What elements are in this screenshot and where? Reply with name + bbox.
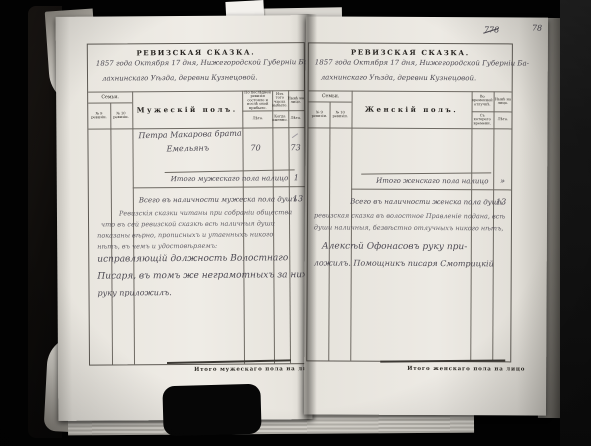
divider xyxy=(165,169,295,173)
col-away-sub: Съ котораго времени. xyxy=(471,111,493,128)
attestation-line: ложилъ. Помощникъ писаря Смотрицкій xyxy=(314,258,494,268)
shadow-strip-right xyxy=(560,0,591,446)
attestation-line: что въ сей ревизской сказкѣ всѣ наличныя… xyxy=(101,219,275,228)
entry-name-line2: Емельянъ xyxy=(166,143,209,153)
right-total-value: 13 xyxy=(496,197,506,206)
left-form: РЕВИЗСКАЯ СКАЗКА. 1857 года Октября 17 д… xyxy=(87,42,307,366)
attestation-line: души наличныя, безвѣстно отлучныхъ никог… xyxy=(314,223,504,232)
left-total-label: Всего въ наличности мужеска пола душъ xyxy=(139,195,297,204)
divider xyxy=(380,360,505,363)
attestation-line: показаны вѣрно, прописныхъ и утаенныхъ н… xyxy=(97,230,273,239)
attestation-line-large: Писаря, въ томъ же неграмотныхъ за нихъ xyxy=(97,270,313,282)
left-date-line1: 1857 года Октября 17 дня, Нижегородской … xyxy=(96,58,310,67)
right-footer-label: Итого женскаго пола на лицо xyxy=(407,366,525,373)
right-date-line2: лахнинскаго Уѣзда, деревни Кузнецовой. xyxy=(321,73,477,82)
divider xyxy=(133,186,305,188)
divider xyxy=(167,359,291,364)
right-subtotal-label: Итого женскаго пола налицо xyxy=(376,177,488,186)
col-departed-sub: Когда именно. xyxy=(272,110,288,127)
col-rev-prev: № 9 ревизіи. xyxy=(88,103,110,129)
black-clip-object xyxy=(162,384,261,437)
left-page: РЕВИЗСКАЯ СКАЗКА. 1857 года Октября 17 д… xyxy=(56,15,313,421)
col-present-sub: Лѣта. xyxy=(493,111,511,128)
col-away: Во временной отлучкѣ. xyxy=(472,91,494,111)
right-page-title: РЕВИЗСКАЯ СКАЗКА. xyxy=(309,47,512,57)
left-page-title: РЕВИЗСКАЯ СКАЗКА. xyxy=(88,47,304,58)
left-subtotal-label: Итого мужескаго пола налицо xyxy=(171,174,289,183)
col-male: Мужескій полъ. xyxy=(132,91,242,129)
attestation-line-large: исправляющій должность Волостнаго xyxy=(97,253,288,264)
right-page: 778 78 РЕВИЗСКАЯ СКАЗКА. 1857 года Октяб… xyxy=(304,16,548,415)
right-subtotal-value: » xyxy=(500,176,505,185)
col-arrived-sub: Лѣта. xyxy=(242,110,272,127)
divider xyxy=(288,90,291,363)
col-female: Женскій полъ. xyxy=(351,91,471,129)
col-arrived: По послѣдней ревизіи состояло и послѣ он… xyxy=(242,90,272,110)
attestation-line: Ревизскія сказки читаны при собраніи общ… xyxy=(119,208,292,217)
divider xyxy=(351,189,511,191)
col-family: Семьи. xyxy=(88,91,132,102)
attestation-line: руку приложилъ. xyxy=(97,288,171,298)
right-form: РЕВИЗСКАЯ СКАЗКА. 1857 года Октября 17 д… xyxy=(306,42,513,362)
left-date-line2: лахнинскаго Уѣзда, деревни Кузнецовой. xyxy=(102,73,258,82)
col-present: Нынѣ на лицо. xyxy=(494,91,512,111)
right-date-line1: 1857 года Октября 17 дня, Нижегородской … xyxy=(315,58,529,67)
page-number-new: 78 xyxy=(532,24,542,33)
col-rev-curr: № 10 ревизіи. xyxy=(329,101,351,127)
book-scan-photo: РЕВИЗСКАЯ СКАЗКА. 1857 года Октября 17 д… xyxy=(0,0,591,446)
book-gutter-shadow xyxy=(297,14,317,420)
attestation-line-large: Алексѣй Офонасовъ руку при- xyxy=(322,241,467,252)
col-departed: Изъ того числа выбыло. xyxy=(272,90,288,110)
right-total-label: Всего въ наличности женска пола душъ xyxy=(350,198,503,207)
col-rev-curr: № 10 ревизіи. xyxy=(110,102,132,128)
entry-name-line1: Петра Макарова брата xyxy=(138,129,241,141)
entry-age-prev: 70 xyxy=(250,143,260,152)
attestation-line: ревизская сказка въ волостное Правленіе … xyxy=(314,211,505,220)
attestation-line: нѣтъ, въ чемъ и удостовѣряемъ: xyxy=(97,242,217,251)
